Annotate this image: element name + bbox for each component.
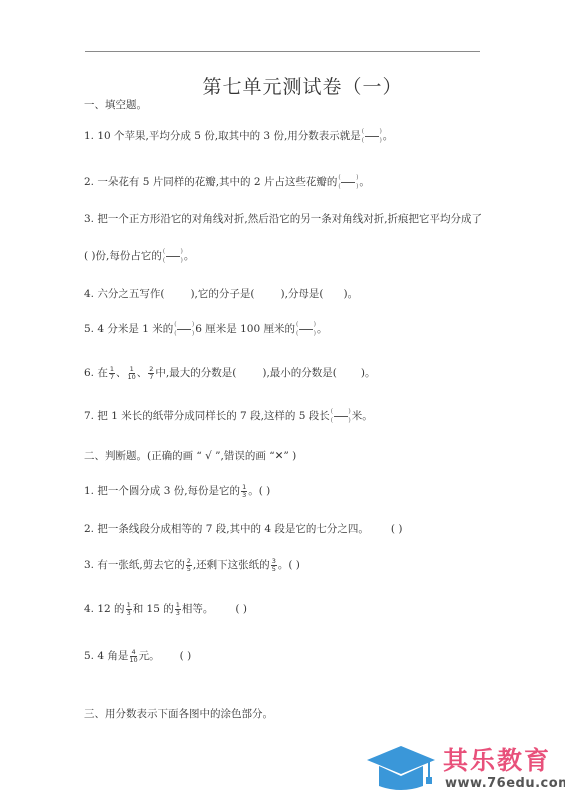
page-title: 第七单元测试卷（一） [0,72,565,99]
question-2-5: 5. 4 角是410元。( ) [84,648,191,664]
fraction-blank[interactable]: (()) [174,321,194,337]
graduation-cap-icon [365,742,441,794]
section-heading-true-false: 二、判断题。(正确的画 “ √ ”,错误的画 “✕” ) [84,448,296,464]
watermark-logo: 其乐教育 www.76edu.com [365,738,565,800]
question-1-5: 5. 4 分米是 1 米的(())6 厘米是 100 厘米的(())。 [84,321,327,337]
fraction: 110 [128,366,136,381]
fraction: 13 [126,602,132,617]
answer-blank[interactable]: ( ) [84,248,96,264]
answer-blank[interactable]: 。( ) [248,485,270,497]
question-1-2: 2. 一朵花有 5 片同样的花瓣,其中的 2 片占这些花瓣的(())。 [84,174,370,190]
fraction: 35 [271,558,277,573]
fraction: 13 [241,484,247,499]
fraction-blank[interactable]: (()) [362,128,382,144]
question-2-2: 2. 把一条线段分成相等的 7 段,其中的 4 段是它的七分之四。( ) [84,521,402,537]
question-text: 1. 10 个苹果,平均分成 5 份,取其中的 3 份,用分数表示就是 [84,130,361,142]
fraction: 25 [186,558,192,573]
question-1-6: 6. 在17、110、27中,最大的分数是(),最小的分数是()。 [84,365,376,381]
header-divider [85,51,480,52]
fraction-blank[interactable]: (()) [296,321,316,337]
question-2-4: 4. 12 的13和 15 的13相等。( ) [84,601,247,617]
answer-blank[interactable]: ( ) [180,650,192,662]
question-1-7: 7. 把 1 米长的纸带分成同样长的 7 段,这样的 5 段长(())米。 [84,408,373,424]
question-2-3: 3. 有一张纸,剪去它的25,还剩下这张纸的35。( ) [84,557,300,573]
question-2-1: 1. 把一个圆分成 3 份,每份是它的13。( ) [84,483,270,499]
fraction-blank[interactable]: (()) [338,174,358,190]
brand-url: www.76edu.com [445,776,565,791]
fraction-blank[interactable]: (()) [331,408,351,424]
fraction: 27 [148,366,154,381]
brand-name: 其乐教育 [443,741,551,777]
fraction: 13 [175,602,181,617]
question-1-3-line2: ( )份,每份占它的(())。 [84,248,194,264]
question-1-1: 1. 10 个苹果,平均分成 5 份,取其中的 3 份,用分数表示就是(())。 [84,128,393,144]
fraction-blank[interactable]: (()) [163,248,183,264]
fraction: 17 [109,366,115,381]
fraction: 410 [129,649,137,664]
answer-blank[interactable]: ( ) [235,603,247,615]
question-text: 2. 一朵花有 5 片同样的花瓣,其中的 2 片占这些花瓣的 [84,176,337,188]
answer-blank[interactable]: 。( ) [278,559,300,571]
section-heading-shaded-fractions: 三、用分数表示下面各图中的涂色部分。 [84,706,273,722]
question-1-3-line1: 3. 把一个正方形沿它的对角线对折,然后沿它的另一条对角线对折,折痕把它平均分成… [84,211,482,227]
answer-blank[interactable]: ( ) [391,523,403,535]
section-heading-fill-blanks: 一、填空题。 [84,97,147,113]
question-1-4: 4. 六分之五写作(),它的分子是(),分母是()。 [84,286,358,302]
